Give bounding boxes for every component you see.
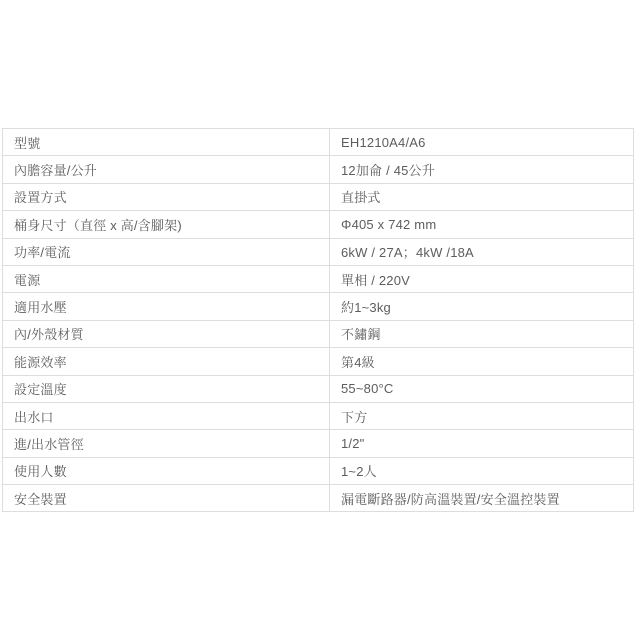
spec-value: Φ405 x 742 mm xyxy=(330,211,634,238)
spec-row: 桶身尺寸（直徑 x 高/含腳架)Φ405 x 742 mm xyxy=(3,211,634,238)
spec-row: 能源效率第4級 xyxy=(3,348,634,375)
spec-label: 能源效率 xyxy=(3,348,330,375)
spec-label: 進/出水管徑 xyxy=(3,430,330,457)
spec-row: 安全裝置漏電斷路器/防高溫裝置/安全溫控裝置 xyxy=(3,485,634,512)
spec-value: 6kW / 27A；4kW /18A xyxy=(330,238,634,265)
spec-row: 內/外殼材質不鏽鋼 xyxy=(3,320,634,347)
spec-table-body: 型號EH1210A4/A6內膽容量/公升12加侖 / 45公升設置方式直掛式桶身… xyxy=(3,129,634,512)
spec-label: 設定溫度 xyxy=(3,375,330,402)
spec-label: 內膽容量/公升 xyxy=(3,156,330,183)
spec-row: 內膽容量/公升12加侖 / 45公升 xyxy=(3,156,634,183)
spec-value: EH1210A4/A6 xyxy=(330,129,634,156)
spec-value: 1~2人 xyxy=(330,457,634,484)
spec-label: 內/外殼材質 xyxy=(3,320,330,347)
spec-row: 使用人數1~2人 xyxy=(3,457,634,484)
spec-row: 電源單相 / 220V xyxy=(3,265,634,292)
spec-value: 1/2" xyxy=(330,430,634,457)
spec-label: 安全裝置 xyxy=(3,485,330,512)
spec-row: 適用水壓約1~3kg xyxy=(3,293,634,320)
spec-value: 約1~3kg xyxy=(330,293,634,320)
spec-label: 電源 xyxy=(3,265,330,292)
spec-value: 下方 xyxy=(330,402,634,429)
spec-row: 出水口下方 xyxy=(3,402,634,429)
spec-label: 型號 xyxy=(3,129,330,156)
spec-value: 12加侖 / 45公升 xyxy=(330,156,634,183)
spec-label: 適用水壓 xyxy=(3,293,330,320)
spec-value: 直掛式 xyxy=(330,183,634,210)
spec-label: 出水口 xyxy=(3,402,330,429)
spec-value: 漏電斷路器/防高溫裝置/安全溫控裝置 xyxy=(330,485,634,512)
product-spec-table: 型號EH1210A4/A6內膽容量/公升12加侖 / 45公升設置方式直掛式桶身… xyxy=(2,128,634,512)
spec-row: 型號EH1210A4/A6 xyxy=(3,129,634,156)
spec-row: 功率/電流6kW / 27A；4kW /18A xyxy=(3,238,634,265)
spec-value: 55~80°C xyxy=(330,375,634,402)
spec-label: 設置方式 xyxy=(3,183,330,210)
spec-label: 桶身尺寸（直徑 x 高/含腳架) xyxy=(3,211,330,238)
spec-row: 進/出水管徑1/2" xyxy=(3,430,634,457)
spec-value: 不鏽鋼 xyxy=(330,320,634,347)
spec-label: 功率/電流 xyxy=(3,238,330,265)
spec-row: 設定溫度55~80°C xyxy=(3,375,634,402)
spec-value: 單相 / 220V xyxy=(330,265,634,292)
spec-label: 使用人數 xyxy=(3,457,330,484)
spec-value: 第4級 xyxy=(330,348,634,375)
spec-row: 設置方式直掛式 xyxy=(3,183,634,210)
